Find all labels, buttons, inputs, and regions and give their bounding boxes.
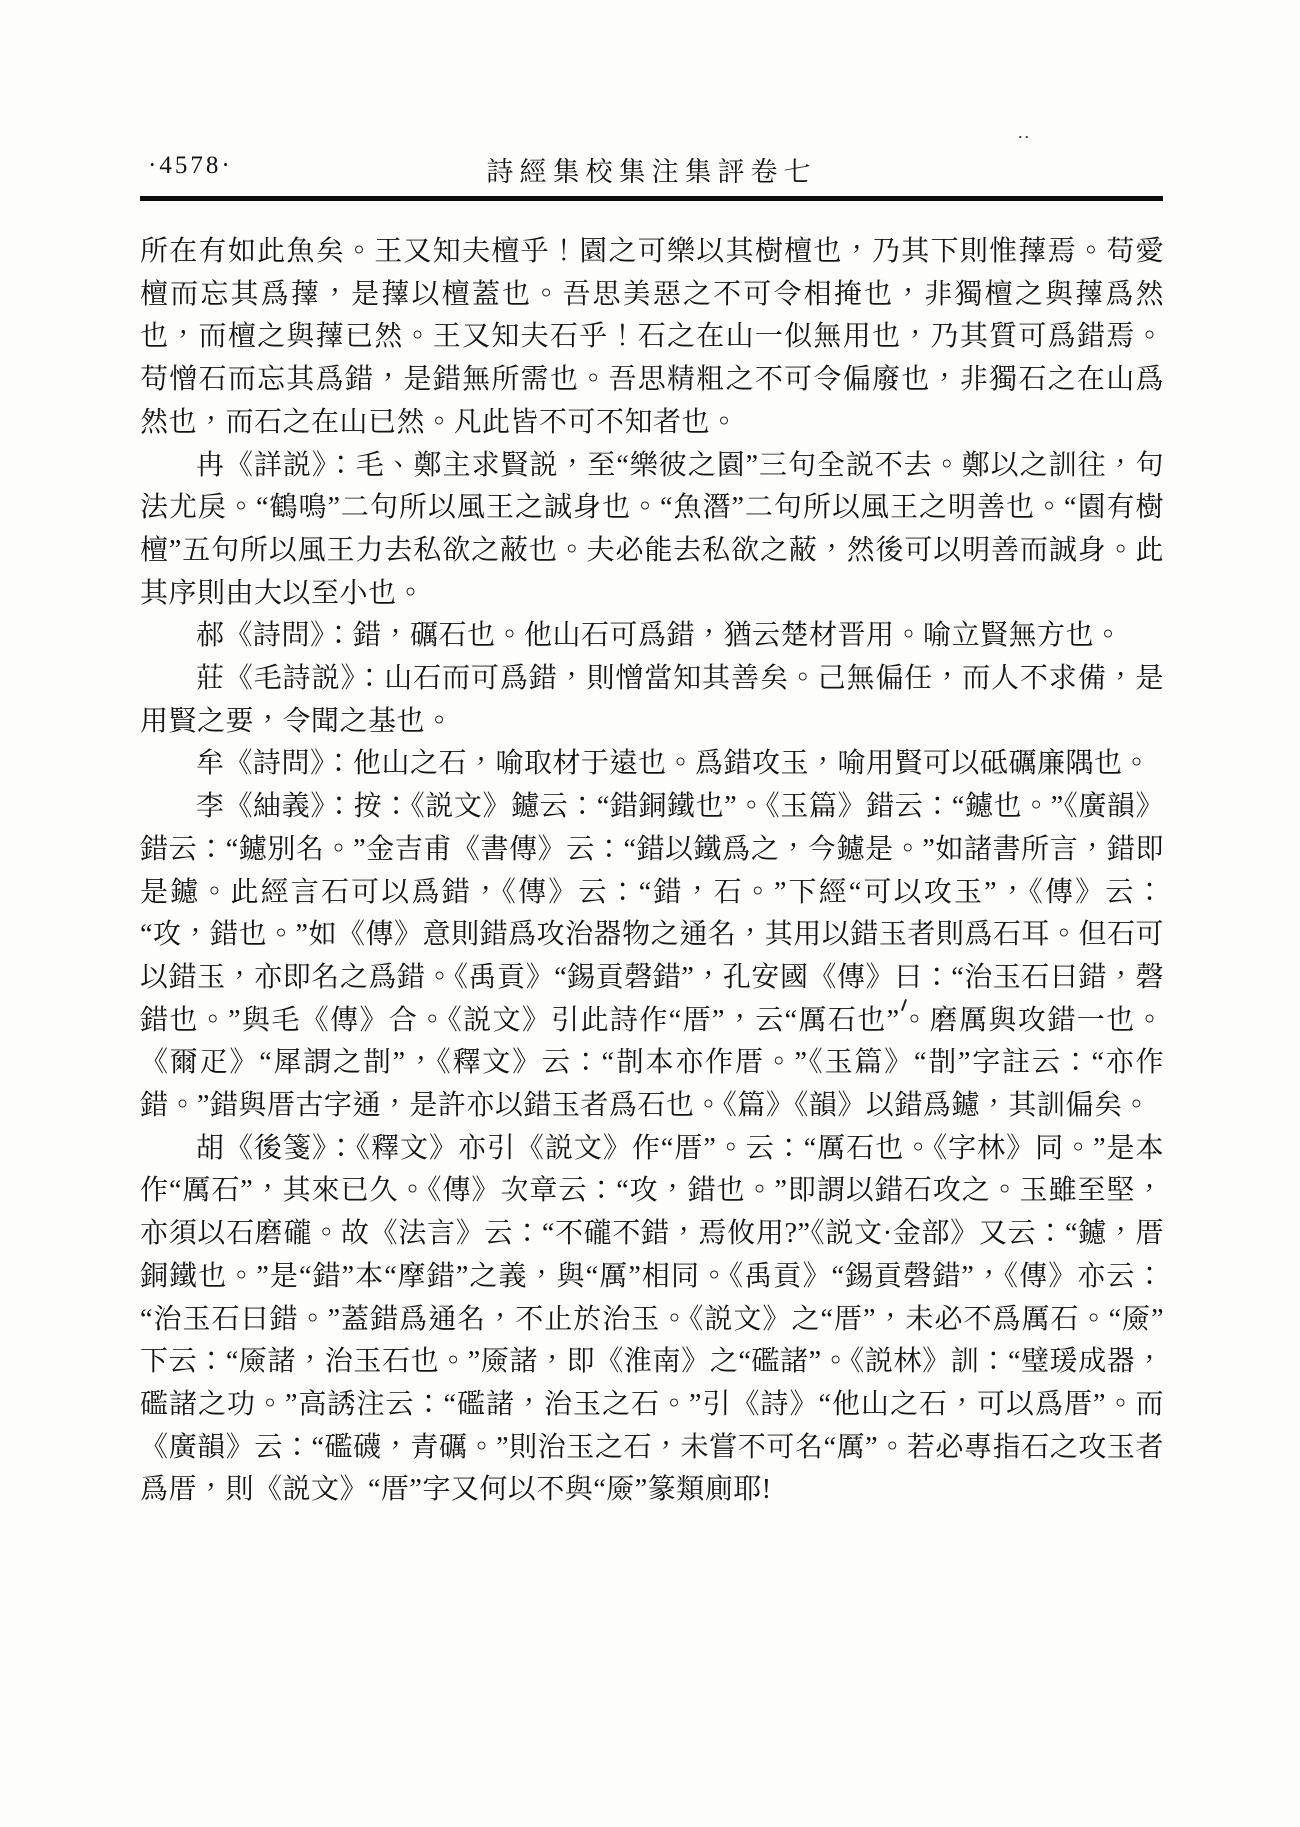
- paragraph-mou-shiwen: 牟《詩問》：他山之石，喻取材于遠也。爲錯攻玉，喻用賢可以砥礪廉隅也。: [140, 743, 1164, 786]
- header-rule: [140, 196, 1163, 201]
- book-page: ·4578· 詩經集校集注集評卷七 .. 所在有如此魚矣。王又知夫檀乎！園之可樂…: [0, 0, 1300, 1827]
- scan-artifact-dots: ..: [1018, 122, 1031, 143]
- paragraph-ran-xiangshuo: 冉《詳説》：毛、鄭主求賢説，至“樂彼之園”三句全説不去。鄭以之訓往，句法尤戾。“…: [140, 445, 1164, 616]
- paragraph-li-chouyi: 李《紬義》：按：《説文》鑢云：“錯銅鐵也”。《玉篇》錯云：“鑢也。”《廣韻》錯云…: [140, 786, 1164, 1128]
- page-header: ·4578· 詩經集校集注集評卷七 ..: [140, 142, 1163, 188]
- paragraph-continuation: 所在有如此魚矣。王又知夫檀乎！園之可樂以其樹檀也，乃其下則惟蘀焉。苟愛檀而忘其爲…: [140, 231, 1164, 445]
- running-title: 詩經集校集注集評卷七: [140, 150, 1163, 189]
- paragraph-hao-shiwen: 郝《詩問》：錯，礪石也。他山石可爲錯，猶云楚材晋用。喻立賢無方也。: [140, 615, 1164, 658]
- page-body: 所在有如此魚矣。王又知夫檀乎！園之可樂以其樹檀也，乃其下則惟蘀焉。苟愛檀而忘其爲…: [140, 231, 1164, 1512]
- paragraph-zhuang-maoshishuo: 莊《毛詩説》：山石而可爲錯，則憎當知其善矣。己無偏任，而人不求備，是用賢之要，令…: [140, 658, 1164, 743]
- paragraph-hu-houjian: 胡《後箋》：《釋文》亦引《説文》作“厝”。云：“厲石也。《字林》同。”是本作“厲…: [140, 1128, 1164, 1512]
